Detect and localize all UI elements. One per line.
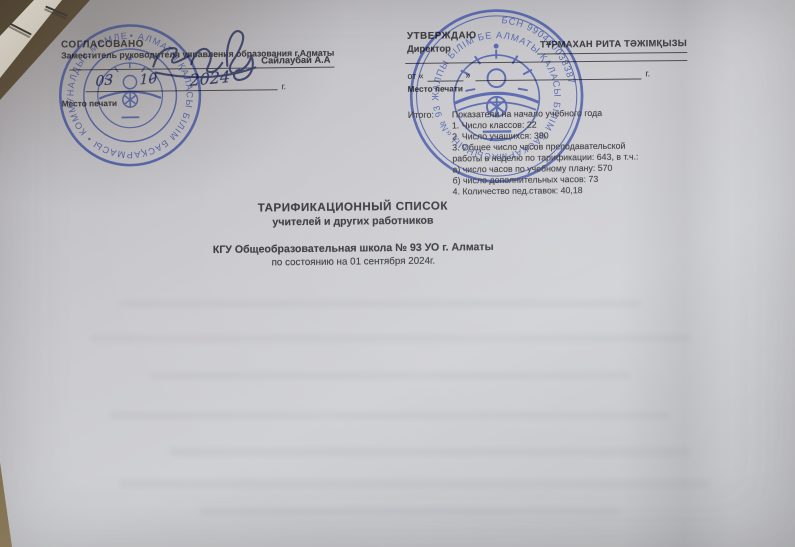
- totals-line: 4. Количество пед.ставок: 40,18: [453, 185, 583, 196]
- totals-line: 2. Число учащихся: 380: [452, 130, 549, 141]
- document-subtitle: учителей и других работников: [133, 213, 573, 230]
- kazakhstan-emblem: [97, 56, 162, 128]
- totals-label: Итого:: [408, 110, 434, 120]
- totals-heading: Показатели на начало учебного года: [452, 108, 602, 120]
- totals-line: работы в неделю по тарификации: 643, в т…: [452, 152, 638, 164]
- date-year-suffix: г.: [645, 68, 650, 78]
- totals-line: б) число дополнительных часов: 73: [452, 174, 598, 186]
- as-of-date: по состоянию на 01 сентября 2024г.: [133, 254, 573, 270]
- totals-line: 3. Общее число часов преподавательской: [452, 141, 625, 153]
- education-department-stamp: • АЛМАТЫ ҚАЛАСЫ БІЛІМ БАСҚАРМАСЫ • КОММУ…: [56, 21, 205, 170]
- totals-line: 1. Число классов: 22: [452, 120, 537, 131]
- document-content: СОГЛАСОВАНО Заместитель руководителя упр…: [0, 0, 795, 547]
- title-block: ТАРИФИКАЦИОННЫЙ СПИСОК учителей и других…: [133, 198, 574, 270]
- scanned-document-photo: СОГЛАСОВАНО Заместитель руководителя упр…: [0, 0, 795, 547]
- totals-line: а) число часов по учебному плану: 570: [452, 163, 612, 175]
